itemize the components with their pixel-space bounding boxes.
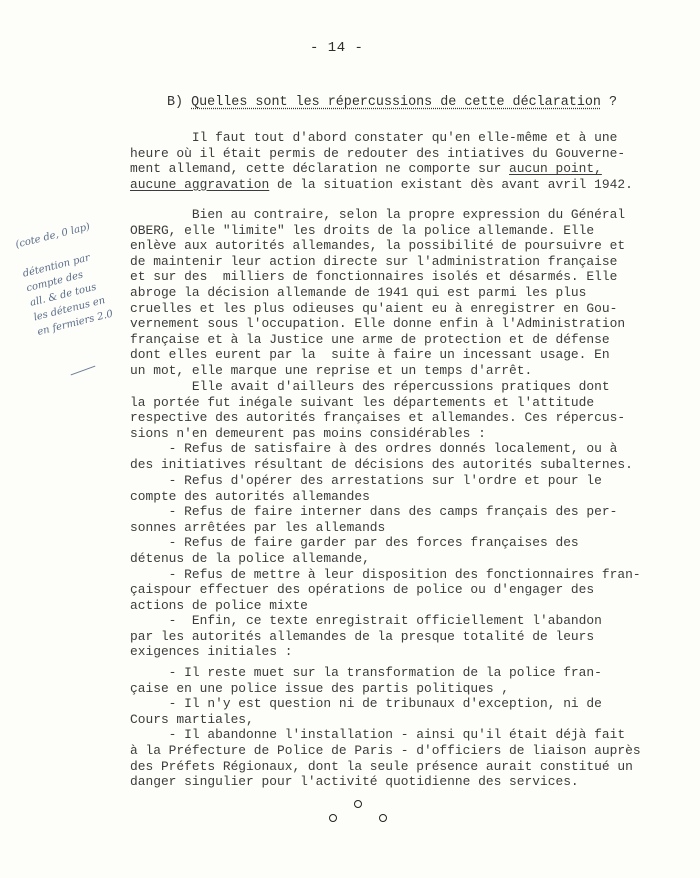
document-page: - 14 - B) Quelles sont les répercussions…	[0, 0, 700, 878]
text-line: - Il n'y est question ni de tribunaux d'…	[130, 696, 690, 712]
text-line: abroge la décision allemande de 1941 qui…	[130, 285, 690, 301]
section-heading: B) Quelles sont les répercussions de cet…	[167, 95, 617, 110]
text-line: compte des autorités allemandes	[130, 489, 690, 505]
circle-mark	[354, 800, 362, 808]
paragraph-contrary: Bien au contraire, selon la propre expre…	[130, 207, 690, 379]
text-line: Cours martiales,	[130, 712, 690, 728]
text-line: heure où il était permis de redouter des…	[130, 146, 690, 162]
circle-mark	[329, 814, 337, 822]
text-line: des Préfets Régionaux, dont la seule pré…	[130, 759, 690, 775]
text-line: Bien au contraire, selon la propre expre…	[130, 207, 690, 223]
text-line: - Refus de satisfaire à des ordres donné…	[130, 441, 690, 457]
text-line: par les autorités allemandes de la presq…	[130, 629, 690, 645]
text-line: cruelles et les plus odieuses qu'aient e…	[130, 301, 690, 317]
text-line: de maintenir leur action directe sur l'a…	[130, 254, 690, 270]
text-line: la portée fut inégale suivant les départ…	[130, 395, 690, 411]
text-line: Il faut tout d'abord constater qu'en ell…	[130, 130, 690, 146]
list-refusal-orders: - Refus de satisfaire à des ordres donné…	[130, 441, 690, 472]
paragraph-intro: Il faut tout d'abord constater qu'en ell…	[130, 130, 690, 192]
paragraph-abandon: Enfin, ce texte enregistrait officiellem…	[130, 613, 690, 660]
text-line: - Il abandonne l'installation - ainsi qu…	[130, 727, 690, 743]
heading-suffix: ?	[601, 95, 617, 110]
list-abandon-points: - Il reste muet sur la transformation de…	[130, 665, 690, 790]
text-line: sonnes arrêtées par les allemands	[130, 520, 690, 536]
text-line: dont elles eurent par la suite à faire u…	[130, 347, 690, 363]
page-number: - 14 -	[310, 40, 363, 56]
paragraph-repercussions: Elle avait d'ailleurs des répercussions …	[130, 379, 690, 441]
text-line: - Il reste muet sur la transformation de…	[130, 665, 690, 681]
text-line: française et à la Justice une arme de pr…	[130, 332, 690, 348]
text-line: - Refus d'opérer des arrestations sur l'…	[130, 473, 690, 489]
text-line: vernement sous l'occupation. Elle donne …	[130, 316, 690, 332]
heading-title: Quelles sont les répercussions de cette …	[191, 95, 601, 110]
handwritten-dash	[71, 366, 96, 376]
text-line: exigences initiales :	[130, 644, 690, 660]
text-line: danger singulier pour l'activité quotidi…	[130, 774, 690, 790]
text-line: Elle avait d'ailleurs des répercussions …	[130, 379, 690, 395]
text-line: çaispour effectuer des opérations de pol…	[130, 582, 690, 598]
text-line: des initiatives résultant de décisions d…	[130, 457, 690, 473]
text-line: - Refus de faire garder par des forces f…	[130, 535, 690, 551]
list-refusals: - Refus d'opérer des arrestations sur l'…	[130, 473, 690, 629]
text-line: - Refus de faire interner dans des camps…	[130, 504, 690, 520]
text-line: - Refus de mettre à leur disposition des…	[130, 567, 690, 583]
text-line: ment allemand, cette déclaration ne comp…	[130, 161, 690, 177]
text-line: un mot, elle marque une reprise et un te…	[130, 363, 690, 379]
text-line: détenus de la police allemande,	[130, 551, 690, 567]
handwritten-margin-note: (cote de, 0 lap) détention par compte de…	[14, 213, 141, 340]
circle-mark	[379, 814, 387, 822]
text-line: et sur des milliers de fonctionnaires is…	[130, 269, 690, 285]
text-line: enlève aux autorités allemandes, la poss…	[130, 238, 690, 254]
text-line: aucune aggravation de la situation exist…	[130, 177, 690, 193]
text-line: actions de police mixte	[130, 598, 690, 614]
text-line: à la Préfecture de Police de Paris - d'o…	[130, 743, 690, 759]
heading-prefix: B)	[167, 95, 191, 110]
text-line: Enfin, ce texte enregistrait officiellem…	[130, 613, 690, 629]
text-line: sions n'en demeurent pas moins considéra…	[130, 426, 690, 442]
text-line: çaise en une police issue des partis pol…	[130, 681, 690, 697]
text-line: respective des autorités françaises et a…	[130, 410, 690, 426]
text-line: OBERG, elle "limite" les droits de la po…	[130, 223, 690, 239]
